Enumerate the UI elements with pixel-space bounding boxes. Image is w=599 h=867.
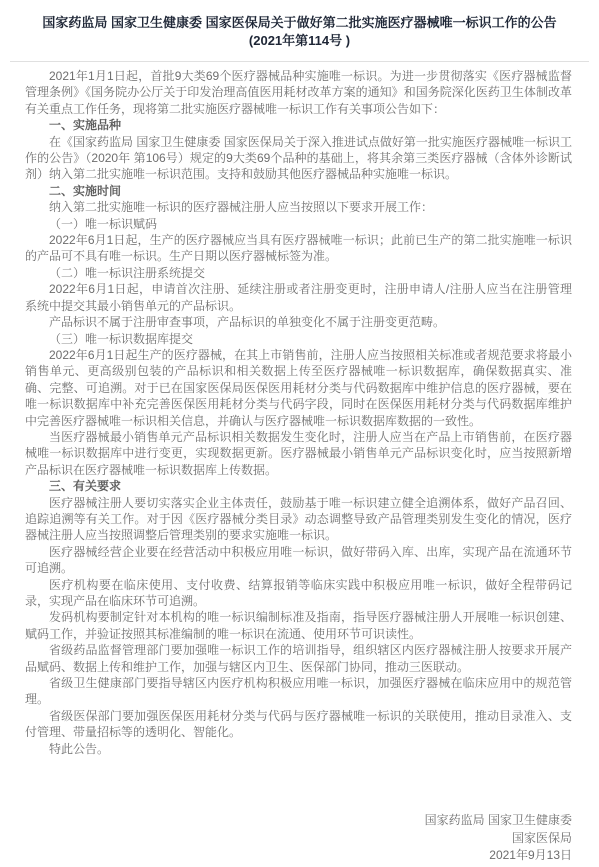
announcement-document: 国家药监局 国家卫生健康委 国家医保局关于做好第二批实施医疗器械唯一标识工作的公… [0, 0, 599, 867]
paragraph: 2021年1月1日起，首批9大类69个医疗器械品种实施唯一标识。为进一步贯彻落实… [25, 68, 572, 117]
paragraph: 产品标识不属于注册审查事项，产品标识的单独变化不属于注册变更范畴。 [25, 314, 572, 330]
sub-heading: （三）唯一标识数据库提交 [25, 331, 572, 347]
paragraph: 2022年6月1日起，生产的医疗器械应当具有医疗器械唯一标识；此前已生产的第二批… [25, 232, 572, 265]
title-divider [10, 61, 589, 62]
paragraph: 特此公告。 [25, 741, 572, 757]
section-heading: 二、实施时间 [25, 183, 572, 199]
signature-date: 2021年9月13日 [25, 847, 572, 865]
document-body: 2021年1月1日起，首批9大类69个医疗器械品种实施唯一标识。为进一步贯彻落实… [25, 68, 572, 757]
section-heading: 一、实施品种 [25, 117, 572, 133]
paragraph: 当医疗器械最小销售单元产品标识相关数据发生变化时，注册人应当在产品上市销售前，在… [25, 429, 572, 478]
document-title-block: 国家药监局 国家卫生健康委 国家医保局关于做好第二批实施医疗器械唯一标识工作的公… [0, 0, 599, 50]
signature-issuers-line2: 国家医保局 [25, 830, 572, 848]
signature-block: 国家药监局 国家卫生健康委 国家医保局 2021年9月13日 [25, 812, 572, 865]
paragraph: 纳入第二批实施唯一标识的医疗器械注册人应当按照以下要求开展工作： [25, 199, 572, 215]
section-heading: 三、有关要求 [25, 478, 572, 494]
paragraph: 在《国家药监局 国家卫生健康委 国家医保局关于深入推进试点做好第一批实施医疗器械… [25, 134, 572, 183]
document-number: (2021年第114号 ) [0, 32, 599, 50]
paragraph: 发码机构要制定针对本机构的唯一标识编制标准及指南，指导医疗器械注册人开展唯一标识… [25, 609, 572, 642]
sub-heading: （一）唯一标识赋码 [25, 216, 572, 232]
paragraph: 医疗器械经营企业要在经营活动中积极应用唯一标识，做好带码入库、出库，实现产品在流… [25, 544, 572, 577]
paragraph: 省级药品监督管理部门要加强唯一标识工作的培训指导，组织辖区内医疗器械注册人按要求… [25, 642, 572, 675]
paragraph: 医疗器械注册人要切实落实企业主体责任，鼓励基于唯一标识建立健全追溯体系，做好产品… [25, 495, 572, 544]
paragraph: 省级医保部门要加强医保医用耗材分类与代码与医疗器械唯一标识的关联使用，推动目录准… [25, 708, 572, 741]
signature-issuers-line1: 国家药监局 国家卫生健康委 [25, 812, 572, 830]
paragraph: 2022年6月1日起生产的医疗器械，在其上市销售前，注册人应当按照相关标准或者规… [25, 347, 572, 429]
paragraph: 省级卫生健康部门要指导辖区内医疗机构积极应用唯一标识，加强医疗器械在临床应用中的… [25, 675, 572, 708]
paragraph: 医疗机构要在临床使用、支付收费、结算报销等临床实践中积极应用唯一标识，做好全程带… [25, 577, 572, 610]
paragraph: 2022年6月1日起，申请首次注册、延续注册或者注册变更时，注册申请人/注册人应… [25, 281, 572, 314]
sub-heading: （二）唯一标识注册系统提交 [25, 265, 572, 281]
document-title: 国家药监局 国家卫生健康委 国家医保局关于做好第二批实施医疗器械唯一标识工作的公… [0, 14, 599, 32]
